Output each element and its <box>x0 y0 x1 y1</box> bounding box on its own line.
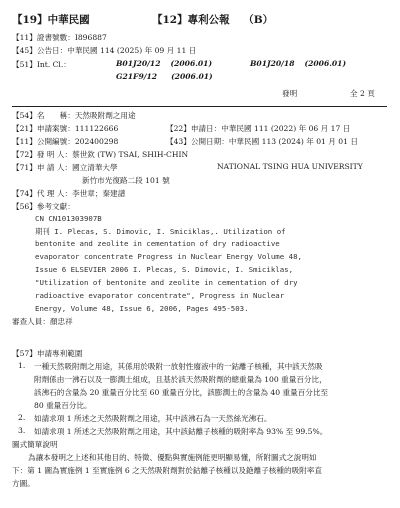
agent: 【74】代 理 人：李世章；秦建譜 <box>12 188 125 199</box>
reference-line: Energy, Volume 48, Issue 6, 2006, Pages … <box>35 304 249 313</box>
publication-date-2: 【43】公開日期：中華民國 113 (2024) 年 01 月 01 日 <box>166 136 358 147</box>
claim-number: 2. <box>18 413 25 422</box>
applicant-english: NATIONAL TSING HUA UNIVERSITY <box>217 162 363 171</box>
ipc-label: 【51】Int. Cl.： <box>12 59 71 70</box>
reference-line: "Utilization of bentonite and zeolite in… <box>35 278 298 287</box>
reference-line: bentonite and zeolite in cementation of … <box>35 239 280 248</box>
claim-line: 附劑係由一沸石以及一膨潤土組成，且基於該天然吸附劑的總重量為 100 重量百分比… <box>34 374 327 385</box>
certificate-number: 【11】證書號數：I896887 <box>12 32 107 43</box>
filing-date: 【22】申請日：中華民國 111 (2022) 年 06 月 17 日 <box>166 123 350 134</box>
drawings-label: 圖式簡單說明 <box>12 439 58 450</box>
applicant: 【71】申 請 人：國立清華大學 <box>12 162 118 173</box>
examiner: 審查人員：顏忠祥 <box>12 316 73 327</box>
claim-number: 3. <box>18 426 25 435</box>
country-header: 【19】中華民國 <box>12 12 90 27</box>
category: 發明 <box>282 88 297 99</box>
drawings-line: 方圖。 <box>12 478 35 489</box>
publication-number: 【11】公開編號：202400298 <box>12 136 118 147</box>
page-count: 全 2 頁 <box>350 88 375 99</box>
divider <box>12 106 387 107</box>
reference-cn: CN CN101303907B <box>35 214 102 223</box>
drawings-line: 為讓本發明之上述和其他目的、特徵、優點與實施例能更明顯易懂，所附圖式之說明如 <box>28 452 317 463</box>
claims-label: 【57】申請專利範圍 <box>12 348 82 359</box>
references-label: 【56】參考文獻： <box>12 201 75 212</box>
reference-line: Issue 6 ELSEVIER 2006 I. Plecas, S. Dimo… <box>35 265 293 274</box>
ipc-code-1: B01J20/12(2006.01) <box>116 59 212 68</box>
claim-line: 一種天然吸附劑之用途，其係用於吸附一放射性廢液中的一鈷離子核種，其中該天然吸 <box>34 361 323 372</box>
reference-line: evaporator concentrate Progress in Nucle… <box>35 252 302 261</box>
claim-line: 如請求項 1 所述之天然吸附劑之用途，其中該沸石為一天然絲光沸石。 <box>34 413 271 424</box>
publication-date: 【45】公告日：中華民國 114 (2025) 年 09 月 11 日 <box>12 45 196 56</box>
claim-line: 該沸石的含量為 20 重量百分比至 60 重量百分比，該膨潤土的含量為 40 重… <box>34 387 328 398</box>
inventor: 【72】發 明 人：蔡世欽 (TW) TSAI, SHIH-CHIN <box>12 149 188 160</box>
doc-type-header: 【12】專利公報 （B） <box>152 12 273 27</box>
ipc-code-3: G21F9/12(2006.01) <box>116 72 213 81</box>
reference-line: radioactive evaporator concentrate", Pro… <box>35 291 284 300</box>
claim-line: 80 重量百分比。 <box>34 400 92 411</box>
applicant-address: 新竹市光復路二段 101 號 <box>82 175 170 186</box>
invention-title: 【54】名 稱：天然吸附劑之用途 <box>12 110 136 121</box>
ipc-code-2: B01J20/18(2006.01) <box>250 59 346 68</box>
drawings-line: 下：第 1 圖為實施例 1 至實施例 6 之天然吸附劑對於鈷離子核種以及銫離子核… <box>12 465 322 476</box>
claim-line: 如請求項 1 所述之天然吸附劑之用途，其中該鈷離子核種的吸附率為 93% 至 9… <box>34 426 327 437</box>
reference-line: 期刊 I. Plecas, S. Dimovic, I. Smiciklas,.… <box>35 226 286 237</box>
application-number: 【21】申請案號：111122666 <box>12 123 118 134</box>
claim-number: 1. <box>18 361 25 370</box>
